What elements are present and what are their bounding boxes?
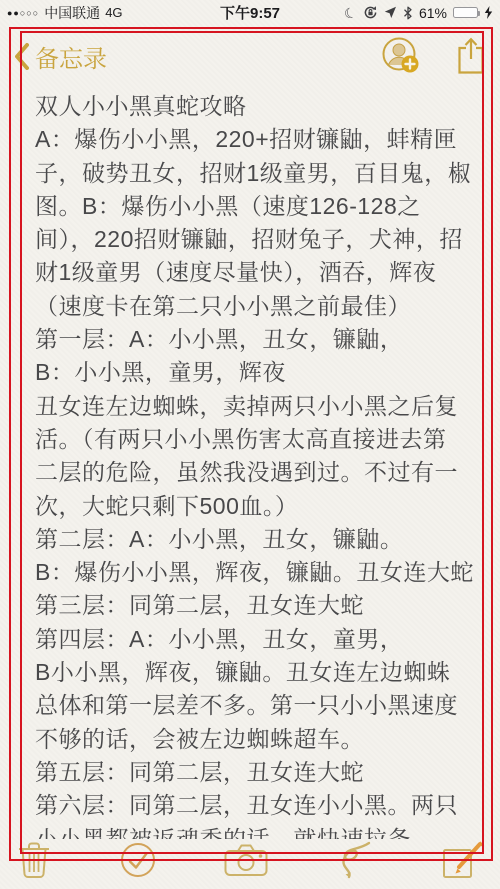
note-line: 第二层：A：小小黑，丑女，镰鼬。 bbox=[35, 523, 470, 556]
orientation-lock-icon bbox=[363, 5, 378, 20]
signal-strength-icon: ●●○○○ bbox=[7, 8, 39, 18]
note-line: B小小黑，辉夜，镰鼬。丑女连左边蜘蛛 bbox=[35, 656, 470, 689]
note-line: 丑女连左边蜘蛛，卖掉两只小小黑之后复 bbox=[35, 390, 470, 423]
note-line: 第三层：同第二层，丑女连大蛇 bbox=[35, 589, 470, 622]
note-line: 第五层：同第二层，丑女连大蛇 bbox=[35, 756, 470, 789]
note-editor[interactable]: 双人小小黑真蛇攻略 A：爆伤小小黑，220+招财镰鼬，蚌精匣 子，破势丑女，招财… bbox=[0, 87, 500, 839]
moon-icon: ☾ bbox=[343, 4, 359, 21]
check-circle-icon bbox=[119, 841, 157, 879]
status-bar: ●●○○○ 中国联通 4G 下午9:57 ☾ bbox=[0, 0, 500, 25]
camera-button[interactable] bbox=[224, 843, 268, 877]
note-line: 次，大蛇只剩下500血。） bbox=[35, 490, 470, 523]
compose-button[interactable] bbox=[442, 840, 484, 880]
note-line: 第一层：A：小小黑，丑女，镰鼬， bbox=[35, 323, 470, 356]
nav-actions bbox=[382, 37, 486, 75]
note-line: B：爆伤小小黑，辉夜，镰鼬。丑女连大蛇 bbox=[35, 556, 470, 589]
bottom-toolbar bbox=[0, 837, 500, 889]
share-button[interactable] bbox=[456, 37, 486, 75]
back-button[interactable]: 备忘录 bbox=[14, 39, 107, 74]
compose-icon bbox=[442, 840, 484, 880]
delete-button[interactable] bbox=[16, 840, 52, 880]
charging-bolt-icon bbox=[484, 6, 493, 19]
note-line: 间），220招财镰鼬，招财兔子，犬神，招 bbox=[35, 223, 470, 256]
status-left: ●●○○○ 中国联通 4G bbox=[7, 3, 123, 23]
location-arrow-icon bbox=[384, 6, 397, 19]
share-icon bbox=[456, 37, 486, 75]
note-line: B：小小黑，童男，辉夜 bbox=[35, 356, 470, 389]
note-line: 子，破势丑女，招财1级童男，百目鬼，椒 bbox=[35, 157, 470, 190]
battery-percent-label: 61% bbox=[419, 5, 447, 21]
note-line: A：爆伤小小黑，220+招财镰鼬，蚌精匣 bbox=[35, 123, 470, 156]
back-button-label: 备忘录 bbox=[35, 39, 107, 74]
add-contact-icon bbox=[382, 37, 422, 75]
add-contact-button[interactable] bbox=[382, 37, 422, 75]
note-line: 活。（有两只小小黑伤害太高直接进去第 bbox=[35, 423, 470, 456]
note-line: 财1级童男（速度尽量快），酒吞，辉夜 bbox=[35, 256, 470, 289]
note-line: 总体和第一层差不多。第一只小小黑速度 bbox=[35, 689, 470, 722]
camera-icon bbox=[224, 843, 268, 877]
checklist-button[interactable] bbox=[119, 841, 157, 879]
note-title-line: 双人小小黑真蛇攻略 bbox=[35, 90, 470, 123]
note-line: 二层的危险，虽然我没遇到过。不过有一 bbox=[35, 456, 470, 489]
notes-app-screen: ●●○○○ 中国联通 4G 下午9:57 ☾ bbox=[0, 0, 500, 889]
marker-icon bbox=[335, 840, 375, 880]
nav-bar: 备忘录 bbox=[0, 25, 500, 87]
note-line: 第六层：同第二层，丑女连小小黑。两只 bbox=[35, 789, 470, 822]
note-line: 第四层：A：小小黑，丑女，童男， bbox=[35, 623, 470, 656]
network-type-label: 4G bbox=[105, 5, 122, 20]
sketch-button[interactable] bbox=[335, 840, 375, 880]
note-line: 不够的话，会被左边蜘蛛超车。 bbox=[35, 723, 470, 756]
back-chevron-icon bbox=[14, 43, 29, 70]
bluetooth-icon bbox=[403, 6, 413, 20]
note-line: （速度卡在第二只小小黑之前最佳） bbox=[35, 290, 470, 323]
battery-tip bbox=[478, 11, 480, 16]
battery-icon bbox=[453, 7, 478, 18]
note-line: 图。B：爆伤小小黑（速度126-128之 bbox=[35, 190, 470, 223]
trash-icon bbox=[16, 840, 52, 880]
status-right: ☾ 61% bbox=[344, 5, 493, 21]
carrier-label: 中国联通 bbox=[44, 3, 100, 23]
